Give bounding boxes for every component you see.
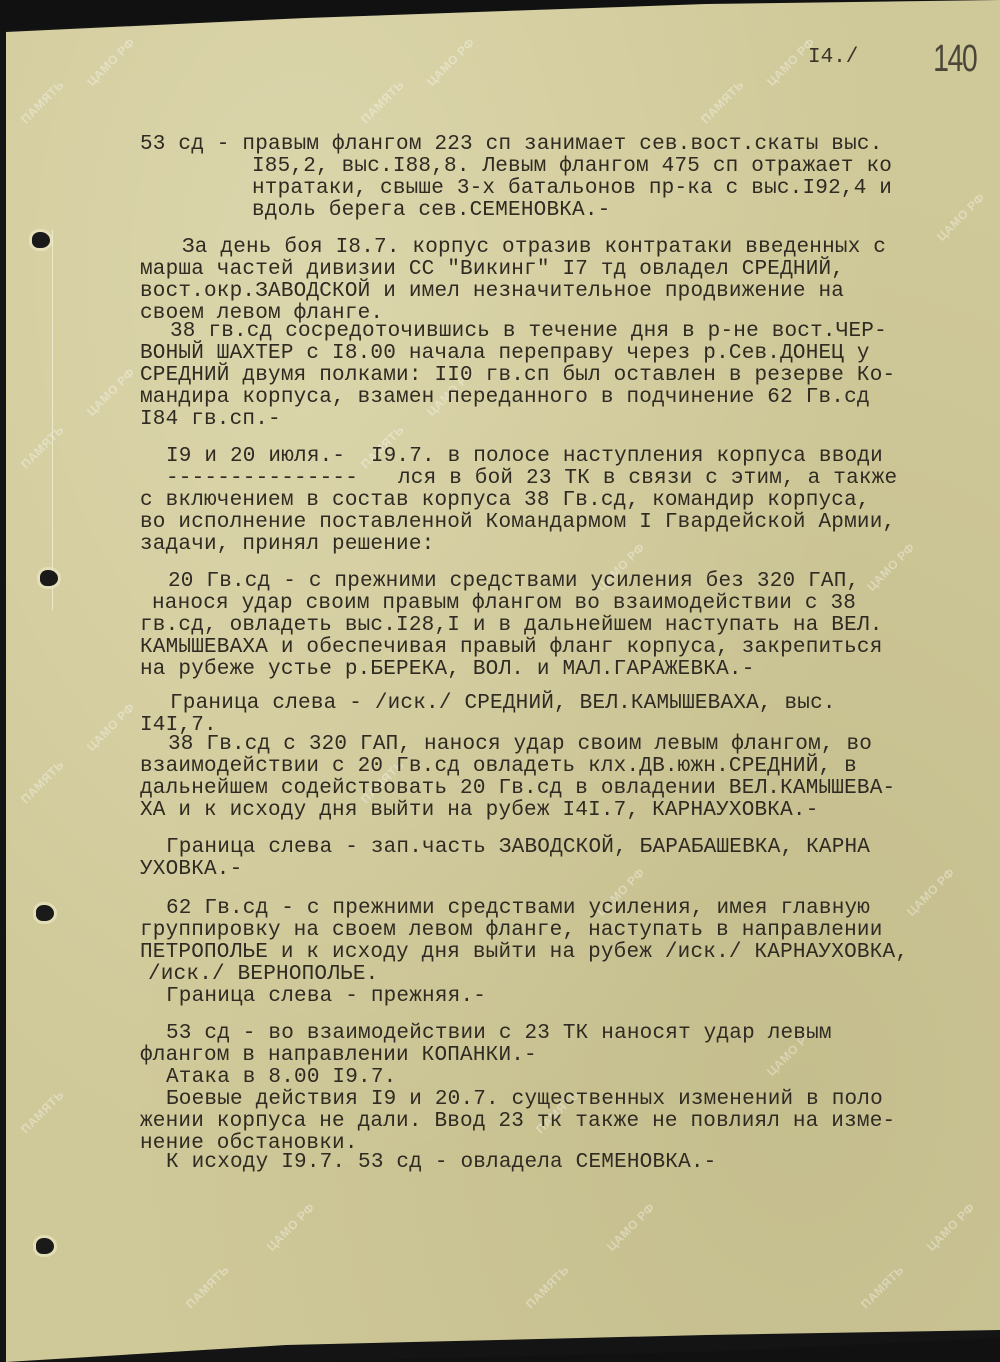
text-line: группировку на своем левом фланге, насту… — [140, 920, 883, 942]
handwritten-sheet-number: 140 — [933, 38, 976, 81]
text-line: во исполнение поставленной Командармом I… — [140, 512, 895, 534]
text-line: вдоль берега сев.СЕМЕНОВКА.- — [252, 200, 610, 222]
text-line: Граница слева - /иск./ СРЕДНИЙ, ВЕЛ.КАМЫ… — [170, 693, 836, 715]
binding-hole — [36, 1238, 54, 1254]
binding-hole — [32, 232, 50, 248]
text-line: К исходу I9.7. 53 сд - овладела СЕМЕНОВК… — [166, 1152, 717, 1174]
section-heading-line: I9 и 20 июля.- I9.7. в полосе наступлени… — [166, 446, 883, 468]
text-line: нанося удар своим правым флангом во взаи… — [152, 593, 856, 615]
text-line: Боевые действия I9 и 20.7. существенных … — [166, 1089, 883, 1111]
text-line: Атака в 8.00 I9.7. — [166, 1067, 396, 1089]
binding-hole — [40, 570, 58, 586]
text-line: нтратаки, свыше 3-х батальонов пр-ка с в… — [252, 178, 892, 200]
text-line: I85,2, выс.I88,8. Левым флангом 475 сп о… — [252, 156, 892, 178]
text-line: лся в бой 23 ТК в связи с этим, а также — [398, 468, 897, 490]
text-line: на рубеже устье р.БЕРЕКА, ВОЛ. и МАЛ.ГАР… — [140, 659, 755, 681]
text-line: вост.окр.ЗАВОДСКОЙ и имел незначительное… — [140, 281, 844, 303]
text-line: 53 сд - правым флангом 223 сп занимает с… — [140, 134, 883, 156]
text-line: 20 Гв.сд - с прежними средствами усилени… — [168, 571, 859, 593]
typed-page-number: I4./ — [808, 46, 858, 69]
text-line: УХОВКА.- — [140, 859, 242, 881]
text-line: КАМЫШЕВАХА и обеспечивая правый фланг ко… — [140, 637, 883, 659]
section-underline: --------------- — [166, 468, 358, 490]
text-line: 38 Гв.сд с 320 ГАП, нанося удар своим ле… — [168, 734, 872, 756]
text-line: жении корпуса не дали. Ввод 23 тк также … — [140, 1111, 895, 1133]
text-line: За день боя I8.7. корпус отразив контрат… — [182, 237, 886, 259]
text-line: флангом в направлении КОПАНКИ.- — [140, 1045, 537, 1067]
text-line: с включением в состав корпуса 38 Гв.сд, … — [140, 490, 870, 512]
text-line: дальнейшем содействовать 20 Гв.сд в овла… — [140, 778, 895, 800]
text-line: I84 гв.сп.- — [140, 409, 281, 431]
text-line: /иск./ ВЕРНОПОЛЬЕ. — [148, 964, 378, 986]
text-line: ПЕТРОПОЛЬЕ и к исходу дня выйти на рубеж… — [140, 942, 908, 964]
text-line: 62 Гв.сд - с прежними средствами усилени… — [166, 898, 870, 920]
text-line: гв.сд, овладеть выс.I28,I и в дальнейшем… — [140, 615, 883, 637]
text-line: мандира корпуса, взамен переданного в по… — [140, 387, 870, 409]
text-line: ХА и к исходу дня выйти на рубеж I4I.7, … — [140, 800, 819, 822]
text-line: 53 сд - во взаимодействии с 23 ТК нанося… — [166, 1023, 832, 1045]
text-line: задачи, принял решение: — [140, 534, 434, 556]
text-line: Граница слева - зап.часть ЗАВОДСКОЙ, БАР… — [166, 837, 870, 859]
text-line: 38 гв.сд сосредоточившись в течение дня … — [170, 321, 887, 343]
text-line: ВОНЫЙ ШАХТЕР с I8.00 начала переправу че… — [140, 343, 870, 365]
paper-fold-line — [52, 230, 53, 610]
text-line: марша частей дивизии СС "Викинг" I7 тд о… — [140, 259, 844, 281]
binding-hole — [36, 905, 54, 921]
text-line: Граница слева - прежняя.- — [166, 986, 486, 1008]
text-line: СРЕДНИЙ двумя полками: II0 гв.сп был ост… — [140, 365, 895, 387]
text-line: взаимодействии с 20 Гв.сд овладеть клх.Д… — [140, 756, 857, 778]
